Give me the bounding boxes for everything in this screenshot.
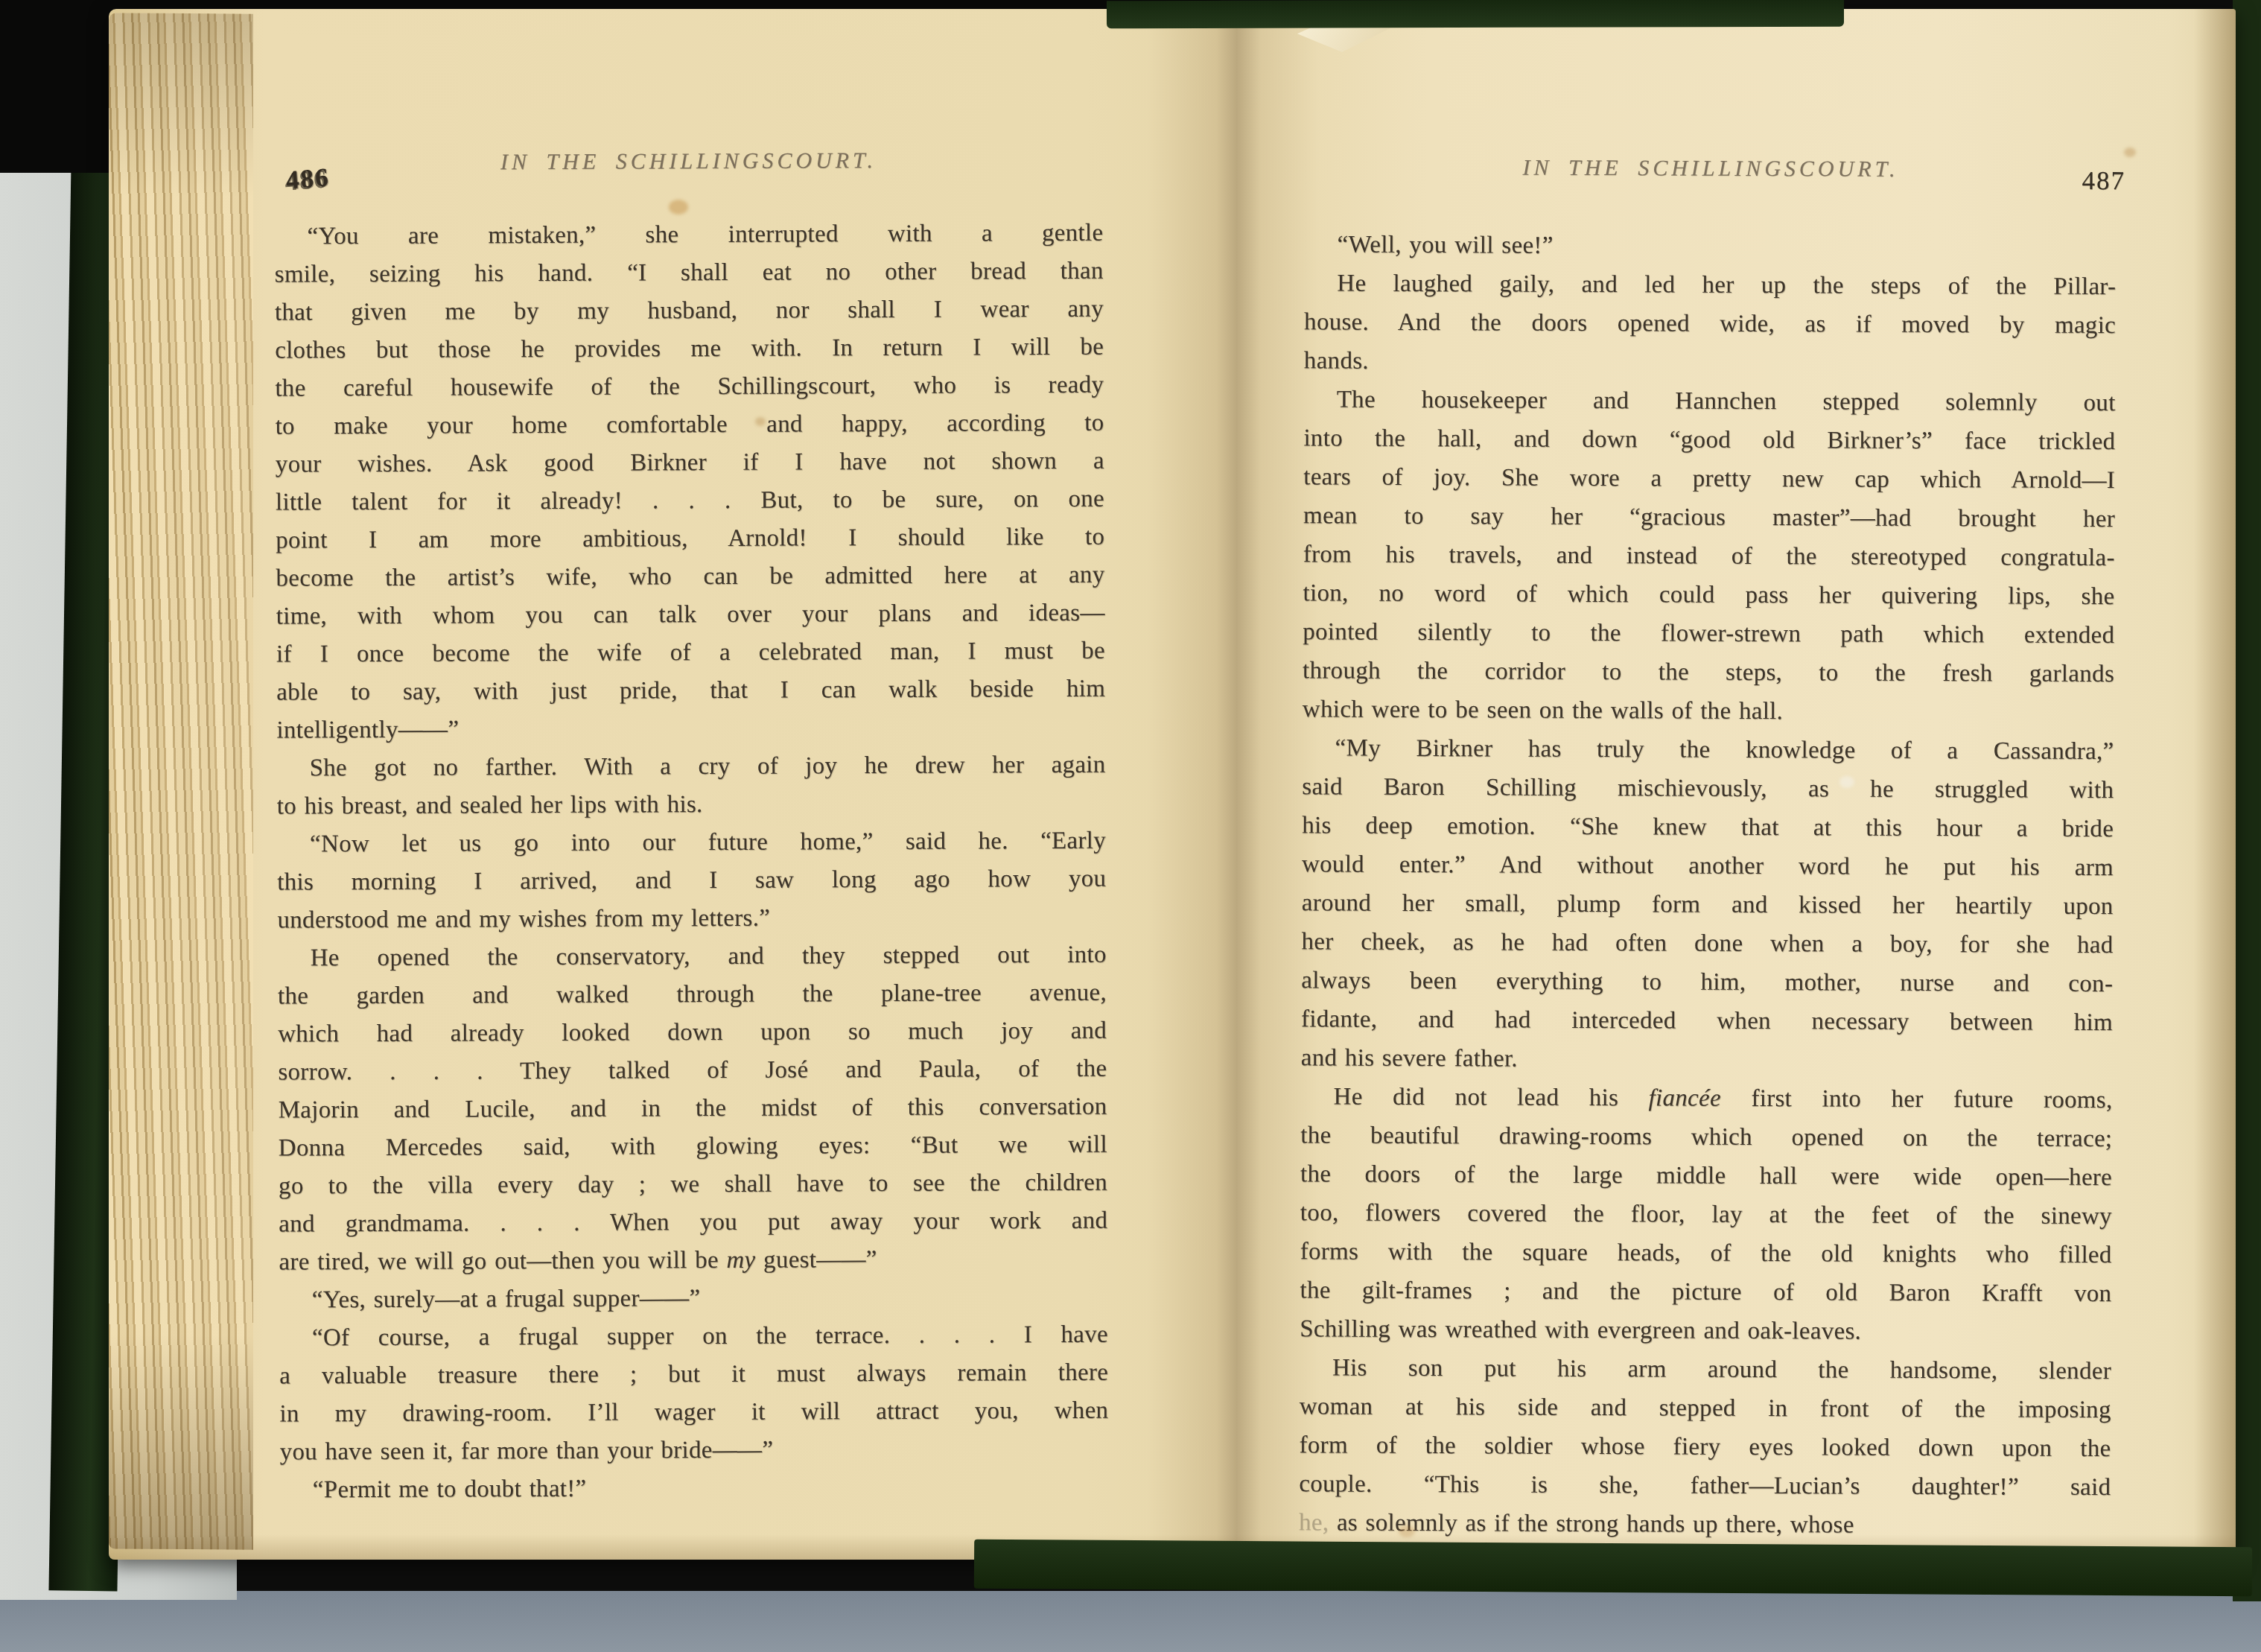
text-line: forms with the square heads, of the old …: [1300, 1232, 2112, 1274]
text-line: he, as solemnly as if the strong hands u…: [1299, 1503, 2111, 1545]
text-line: pointed silently to the flower-strewn pa…: [1303, 612, 2114, 655]
text-line: would enter.” And without another word h…: [1302, 845, 2114, 887]
text-line: form of the soldier whose fiery eyes loo…: [1299, 1426, 2111, 1468]
text-line: hands.: [1304, 341, 2116, 384]
text-line: fidante, and had interceded when necessa…: [1301, 1000, 2113, 1042]
text-line: smile, seizing his hand. “I shall eat no…: [275, 252, 1104, 294]
text-line: if I once become the wife of a celebrate…: [276, 632, 1105, 674]
text-line: and grandmama. . . . When you put away y…: [279, 1202, 1107, 1244]
text-line: “Yes, surely—at a frugal supper——”: [279, 1278, 1108, 1320]
text-line: are tired, we will go out—then you will …: [279, 1240, 1107, 1282]
text-line: which were to be seen on the walls of th…: [1303, 690, 2114, 732]
text-line: become the artist’s wife, who can be adm…: [276, 556, 1104, 598]
text-line: Schilling was wreathed with evergreen an…: [1300, 1309, 2111, 1352]
text-line: He opened the conservatory, and they ste…: [278, 936, 1107, 978]
text-line: into the hall, and down “good old Birkne…: [1303, 419, 2115, 461]
text-line: “Permit me to doubt that!”: [280, 1468, 1109, 1510]
text-line: the garden and walked through the plane-…: [278, 974, 1107, 1016]
text-line: time, with whom you can talk over your p…: [276, 594, 1105, 636]
text-line: understood me and my wishes from my lett…: [277, 898, 1106, 940]
text-line: a valuable treasure there ; but it must …: [279, 1354, 1108, 1396]
text-line: couple. “This is she, father—Lucian’s da…: [1299, 1464, 2111, 1507]
text-line: the gilt-frames ; and the picture of old…: [1300, 1271, 2111, 1313]
text-line: to his breast, and sealed her lips with …: [277, 784, 1106, 826]
text-line: in my drawing-room. I’ll wager it will a…: [279, 1392, 1108, 1434]
page-number-right: 487: [2066, 168, 2125, 194]
page-edge-stack: [109, 13, 253, 1549]
text-line: His son put his arm around the handsome,…: [1300, 1348, 2111, 1391]
running-header-left: IN THE SCHILLINGSCOURT.: [274, 149, 1103, 175]
text-line: Donna Mercedes said, with glowing eyes: …: [279, 1126, 1107, 1168]
text-line: to make your home comfortable and happy,…: [275, 404, 1104, 446]
text-line: the careful housewife of the Schillingsc…: [275, 366, 1104, 408]
text-line: He laughed gaily, and led her up the ste…: [1304, 264, 2116, 306]
text-line: The housekeeper and Hannchen stepped sol…: [1304, 380, 2116, 422]
text-line: He did not lead his fiancée first into h…: [1300, 1077, 2112, 1119]
page-right: IN THE SCHILLINGSCOURT. 487 “Well, you w…: [1293, 117, 2216, 1595]
text-line: mean to say her “gracious master”—had br…: [1303, 496, 2115, 539]
page-left-text: “You are mistaken,” she interrupted with…: [274, 215, 1109, 1510]
scanned-book-spread: 486 IN THE SCHILLINGSCOURT. “You are mis…: [0, 0, 2261, 1652]
text-line: the beautiful drawing-rooms which opened…: [1300, 1116, 2112, 1158]
text-line: woman at his side and stepped in front o…: [1300, 1387, 2111, 1429]
text-line: this morning I arrived, and I saw long a…: [277, 860, 1106, 902]
text-line: clothes but those he provides me with. I…: [275, 328, 1104, 370]
text-line: point I am more ambitious, Arnold! I sho…: [276, 518, 1104, 560]
page-right-text: “Well, you will see!”He laughed gaily, a…: [1299, 225, 2117, 1545]
text-line: house. And the doors opened wide, as if …: [1304, 302, 2116, 345]
text-line: the doors of the large middle hall were …: [1300, 1154, 2112, 1197]
text-line: “Of course, a frugal supper on the terra…: [279, 1316, 1108, 1358]
running-header-right: IN THE SCHILLINGSCOURT.: [1305, 156, 2117, 182]
text-line: “My Birkner has truly the knowledge of a…: [1303, 728, 2114, 771]
text-line: sorrow. . . . They talked of José and Pa…: [278, 1050, 1107, 1092]
paper-stain: [2124, 147, 2136, 157]
page-left: 486 IN THE SCHILLINGSCOURT. “You are mis…: [243, 109, 1187, 1566]
text-line: from his travels, and instead of the ste…: [1303, 535, 2115, 577]
text-line: tion, no word of which could pass her qu…: [1303, 574, 2114, 616]
scanner-bed-bottom: [0, 1591, 2261, 1652]
text-line: said Baron Schilling mischievously, as h…: [1302, 767, 2114, 810]
text-line: “Well, you will see!”: [1304, 225, 2116, 267]
text-line: She got no farther. With a cry of joy he…: [276, 746, 1105, 788]
text-line: which had already looked down upon so mu…: [278, 1012, 1107, 1054]
text-line: intelligently——”: [276, 708, 1105, 750]
book-cover-edge-right: [2233, 0, 2261, 1601]
text-line: too, flowers covered the floor, lay at t…: [1300, 1193, 2112, 1236]
text-line: around her small, plump form and kissed …: [1302, 883, 2114, 926]
text-line: her cheek, as he had often done when a b…: [1301, 922, 2113, 965]
text-line: that given me by my husband, nor shall I…: [275, 290, 1104, 332]
text-line: “Now let us go into our future home,” sa…: [277, 822, 1106, 864]
text-line: your wishes. Ask good Birkner if I have …: [276, 442, 1104, 484]
paper-stain: [669, 200, 688, 215]
text-line: through the corridor to the steps, to th…: [1303, 651, 2114, 693]
text-line: go to the villa every day ; we shall hav…: [279, 1164, 1107, 1206]
paper-stain: [1399, 1525, 1415, 1537]
paper-stain: [755, 417, 766, 426]
text-line: Majorin and Lucile, and in the midst of …: [278, 1088, 1107, 1130]
text-line: little talent for it already! . . . But,…: [276, 480, 1104, 522]
text-line: his deep emotion. “She knew that at this…: [1302, 806, 2114, 848]
text-line: always been everything to him, mother, n…: [1301, 961, 2113, 1003]
text-line: “You are mistaken,” she interrupted with…: [274, 215, 1103, 256]
paper-nick: [1839, 776, 1854, 788]
text-line: and his severe father.: [1301, 1038, 2113, 1081]
text-line: you have seen it, far more than your bri…: [279, 1430, 1108, 1472]
text-line: able to say, with just pride, that I can…: [276, 670, 1105, 712]
text-line: tears of joy. She wore a pretty new cap …: [1303, 457, 2115, 500]
book-cover-edge-top: [1107, 0, 1844, 28]
